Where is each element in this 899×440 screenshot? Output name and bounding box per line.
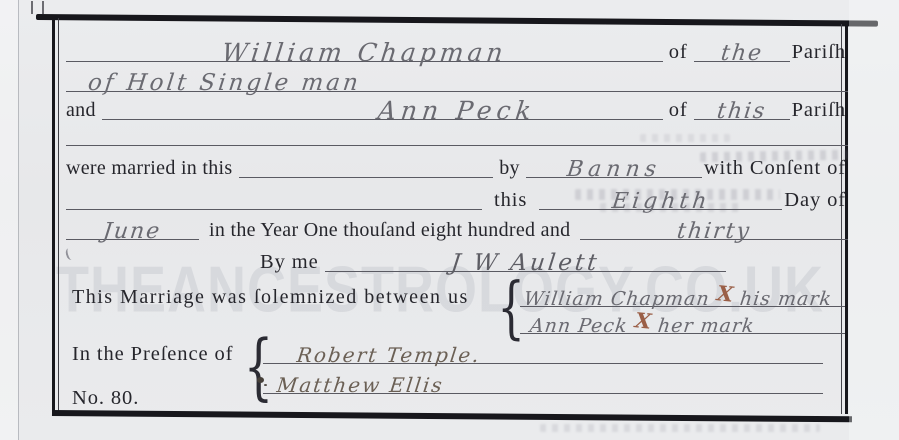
month-handwriting: June [102, 221, 163, 243]
row-day: this Eighth Day of [66, 184, 848, 210]
bride-signature-line: Ann Peck X her mark [520, 307, 845, 334]
right-page-margin [849, 0, 899, 440]
row-residence: of Holt Single man [66, 66, 848, 92]
label-parish-2: Pariſh [790, 100, 848, 121]
bride-parish-handwriting: this [716, 101, 768, 123]
groom-signature-handwriting: William Chapman [523, 288, 711, 310]
label-day-of: Day of [782, 190, 848, 211]
label-of-2: of [663, 100, 694, 121]
consent-line [66, 185, 482, 210]
witnesses-column: Robert Temple. Matthew Ellis [263, 341, 823, 394]
corner-tick [42, 1, 44, 14]
witness1-handwriting: Robert Temple. [296, 343, 483, 367]
groom-name-handwriting: William Chapman [220, 40, 508, 65]
border-left [52, 18, 55, 414]
border-left-inner [58, 18, 59, 414]
page-edge-line [18, 0, 19, 440]
empty-ruled-line [66, 145, 848, 146]
witness2-handwriting: Matthew Ellis [276, 373, 446, 397]
label-and: and [66, 100, 102, 120]
label-were-married: were married in this [66, 158, 239, 178]
residence-handwriting: of Holt Single man [87, 72, 363, 95]
corner-tick [31, 1, 33, 14]
witness1-line: Robert Temple. [263, 341, 823, 364]
officiant-signature-line: J W Aulett [325, 247, 726, 272]
groom-parish-handwriting: the [719, 43, 764, 65]
month-line: June [66, 215, 199, 240]
row-married-by: were married in this by Banns with Conſe… [66, 152, 848, 178]
bride-signature-handwriting: Ann Peck [523, 315, 629, 337]
day-line: Eighth [539, 185, 782, 210]
day-handwriting: Eighth [610, 191, 711, 213]
label-parish-1: Pariſh [790, 42, 848, 63]
banns-handwriting: Banns [565, 159, 662, 181]
groom-name-line: William Chapman [66, 37, 663, 62]
bride-name-line: Ann Peck [102, 95, 663, 120]
church-line [239, 153, 494, 178]
groom-signature-line: William Chapman X his mark [520, 283, 845, 307]
bride-mark-text: her mark [657, 315, 756, 337]
witness2-line: Matthew Ellis [263, 364, 823, 394]
groom-parish-line: the [694, 37, 790, 62]
spacer [726, 248, 848, 272]
groom-mark-x: X [709, 279, 742, 307]
label-by: by [493, 158, 526, 178]
label-with-consent: with Conſent of [702, 158, 848, 179]
label-by-me: By me [254, 252, 325, 273]
row-groom: William Chapman of the Pariſh [66, 36, 848, 62]
border-top [36, 14, 878, 27]
year-handwriting: thirty [676, 221, 753, 243]
label-year-line: in the Year One thouſand eight hundred a… [199, 220, 580, 240]
bride-parish-line: this [694, 95, 790, 120]
bleedthrough-mark [540, 424, 820, 432]
bleedthrough-mark [640, 134, 730, 142]
row-officiant: By me J W Aulett [66, 246, 848, 272]
page-edge-strip [0, 0, 18, 440]
year-word-line: thirty [580, 215, 848, 240]
spacer [66, 248, 254, 272]
entry-number: No. 80. [66, 388, 145, 409]
banns-line: Banns [526, 153, 702, 178]
officiant-signature-handwriting: J W Aulett [450, 252, 601, 275]
residence-line: of Holt Single man [66, 67, 848, 92]
border-bottom [52, 410, 852, 422]
label-solemnized: This Marriage was ſolemnized between us [66, 287, 475, 307]
marriage-register-scan: theancestrology.co.uk William Chapman of… [0, 0, 899, 440]
row-bride: and Ann Peck of this Pariſh [66, 94, 848, 120]
bride-mark-x: X [626, 306, 659, 334]
groom-mark-text: his mark [739, 288, 834, 310]
bride-name-handwriting: Ann Peck [377, 98, 538, 123]
label-of-1: of [663, 42, 694, 63]
row-year: June in the Year One thouſand eight hund… [66, 214, 848, 240]
signatures-column: William Chapman X his mark Ann Peck X he… [520, 283, 845, 334]
label-this: this [482, 190, 539, 211]
label-presence: In the Preſence of [66, 344, 239, 365]
ink-blot [257, 377, 264, 383]
